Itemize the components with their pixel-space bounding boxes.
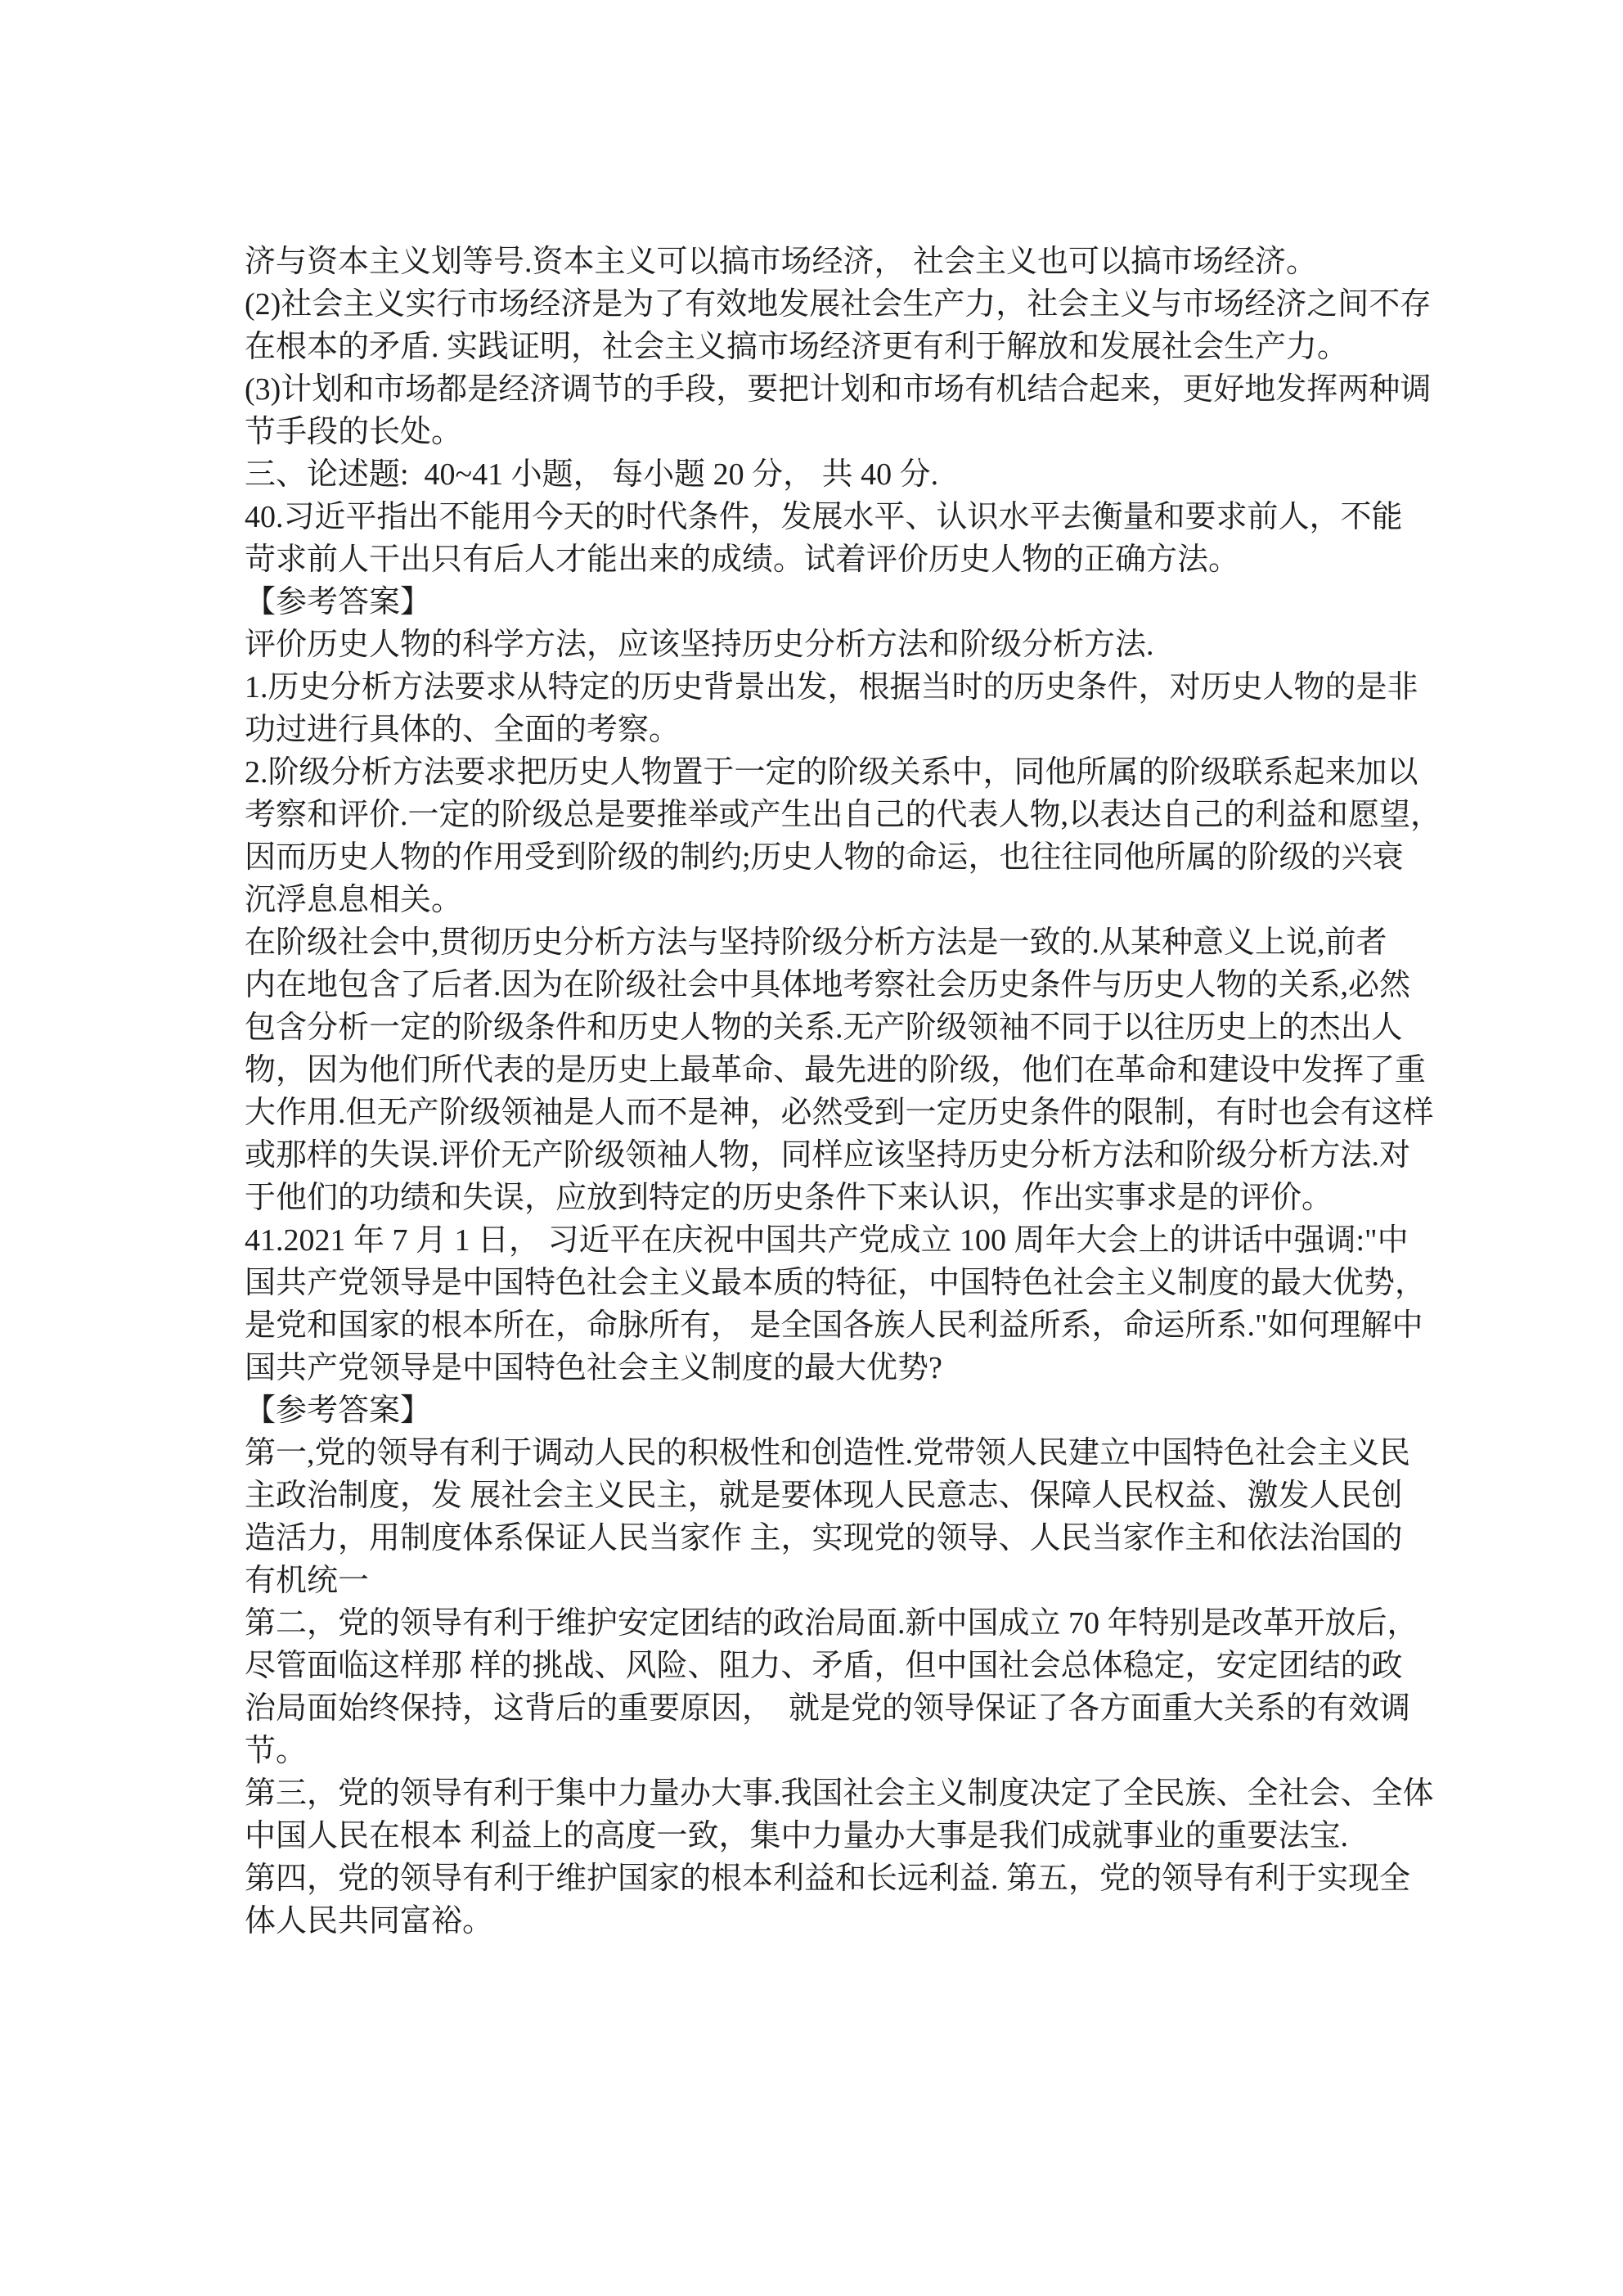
text-line: 大作用.但无产阶级领袖是人而不是神，必然受到一定历史条件的限制，有时也会有这样	[245, 1092, 1406, 1134]
document-page: 济与资本主义划等号.资本主义可以搞市场经济， 社会主义也可以搞市场经济。(2)社…	[0, 0, 1623, 2296]
question-41: 41.2021 年 7 月 1 日， 习近平在庆祝中国共产党成立 100 周年大…	[245, 1219, 1406, 1389]
text-line: 尽管面临这样那 样的挑战、风险、阻力、矛盾，但中国社会总体稳定，安定团结的政	[245, 1645, 1406, 1687]
text-line: 2.阶级分析方法要求把历史人物置于一定的阶级关系中，同他所属的阶级联系起来加以	[245, 751, 1406, 794]
text-line: 评价历史人物的科学方法，应该坚持历史分析方法和阶级分析方法.	[245, 624, 1406, 666]
text-line: 体人民共同富裕。	[245, 1900, 1406, 1943]
text-line: 第四，党的领导有利于维护国家的根本利益和长远利益. 第五，党的领导有利于实现全	[245, 1857, 1406, 1900]
text-line: 在根本的矛盾. 实践证明，社会主义搞市场经济更有利于解放和发展社会生产力。	[245, 326, 1406, 368]
paragraph-answer-39-continuation: 济与资本主义划等号.资本主义可以搞市场经济， 社会主义也可以搞市场经济。(2)社…	[245, 241, 1406, 453]
text-line: 【参考答案】	[245, 1389, 1406, 1432]
text-line: 在阶级社会中,贯彻历史分析方法与坚持阶级分析方法是一致的.从某种意义上说,前者	[245, 921, 1406, 964]
text-line: 有机统一	[245, 1560, 1406, 1602]
reference-answer-heading-41: 【参考答案】	[245, 1389, 1406, 1432]
text-line: 苛求前人干出只有后人才能出来的成绩。试着评价历史人物的正确方法。	[245, 538, 1406, 581]
text-line: 造活力，用制度体系保证人民当家作 主，实现党的领导、人民当家作主和依法治国的	[245, 1517, 1406, 1560]
text-line: 于他们的功绩和失误，应放到特定的历史条件下来认识，作出实事求是的评价。	[245, 1177, 1406, 1219]
text-line: 中国人民在根本 利益上的高度一致，集中力量办大事是我们成就事业的重要法宝.	[245, 1815, 1406, 1857]
answer-41: 第一,党的领导有利于调动人民的积极性和创造性.党带领人民建立中国特色社会主义民主…	[245, 1432, 1406, 1943]
text-line: 因而历史人物的作用受到阶级的制约;历史人物的命运，也往往同他所属的阶级的兴衰	[245, 836, 1406, 879]
text-line: 国共产党领导是中国特色社会主义制度的最大优势?	[245, 1347, 1406, 1389]
text-line: 物，因为他们所代表的是历史上最革命、最先进的阶级，他们在革命和建设中发挥了重	[245, 1049, 1406, 1092]
text-line: 40.习近平指出不能用今天的时代条件，发展水平、认识水平去衡量和要求前人，不能	[245, 496, 1406, 538]
text-line: 第二，党的领导有利于维护安定团结的政治局面.新中国成立 70 年特别是改革开放后…	[245, 1602, 1406, 1645]
page-background: { "page": { "background_color": "#ffffff…	[0, 0, 1623, 2296]
answer-40: 评价历史人物的科学方法，应该坚持历史分析方法和阶级分析方法.1.历史分析方法要求…	[245, 624, 1406, 1219]
section-heading-essay-questions: 三、论述题: 40~41 小题， 每小题 20 分， 共 40 分.	[245, 453, 1406, 496]
text-line: 第三，党的领导有利于集中力量办大事.我国社会主义制度决定了全民族、全社会、全体	[245, 1772, 1406, 1815]
text-line: 是党和国家的根本所在，命脉所有， 是全国各族人民利益所系，命运所系."如何理解中	[245, 1304, 1406, 1347]
document-text: 济与资本主义划等号.资本主义可以搞市场经济， 社会主义也可以搞市场经济。(2)社…	[245, 241, 1406, 1943]
text-line: 节手段的长处。	[245, 411, 1406, 453]
text-line: 第一,党的领导有利于调动人民的积极性和创造性.党带领人民建立中国特色社会主义民	[245, 1432, 1406, 1474]
text-line: 济与资本主义划等号.资本主义可以搞市场经济， 社会主义也可以搞市场经济。	[245, 241, 1406, 283]
text-line: 主政治制度，发 展社会主义民主，就是要体现人民意志、保障人民权益、激发人民创	[245, 1474, 1406, 1517]
text-line: 节。	[245, 1730, 1406, 1772]
text-line: 三、论述题: 40~41 小题， 每小题 20 分， 共 40 分.	[245, 453, 1406, 496]
text-line: (3)计划和市场都是经济调节的手段，要把计划和市场有机结合起来，更好地发挥两种调	[245, 368, 1406, 411]
text-line: 沉浮息息相关。	[245, 879, 1406, 921]
text-line: 国共产党领导是中国特色社会主义最本质的特征，中国特色社会主义制度的最大优势，	[245, 1262, 1406, 1304]
text-line: 包含分析一定的阶级条件和历史人物的关系.无产阶级领袖不同于以往历史上的杰出人	[245, 1006, 1406, 1049]
text-line: (2)社会主义实行市场经济是为了有效地发展社会生产力，社会主义与市场经济之间不存	[245, 283, 1406, 326]
text-line: 或那样的失误.评价无产阶级领袖人物，同样应该坚持历史分析方法和阶级分析方法.对	[245, 1134, 1406, 1177]
text-line: 41.2021 年 7 月 1 日， 习近平在庆祝中国共产党成立 100 周年大…	[245, 1219, 1406, 1262]
question-40: 40.习近平指出不能用今天的时代条件，发展水平、认识水平去衡量和要求前人，不能苛…	[245, 496, 1406, 581]
text-line: 【参考答案】	[245, 581, 1406, 624]
text-line: 内在地包含了后者.因为在阶级社会中具体地考察社会历史条件与历史人物的关系,必然	[245, 964, 1406, 1006]
text-line: 治局面始终保持，这背后的重要原因， 就是党的领导保证了各方面重大关系的有效调	[245, 1687, 1406, 1730]
text-line: 功过进行具体的、全面的考察。	[245, 709, 1406, 751]
text-line: 1.历史分析方法要求从特定的历史背景出发，根据当时的历史条件，对历史人物的是非	[245, 666, 1406, 709]
reference-answer-heading-40: 【参考答案】	[245, 581, 1406, 624]
text-line: 考察和评价.一定的阶级总是要推举或产生出自己的代表人物,以表达自己的利益和愿望，	[245, 794, 1406, 836]
